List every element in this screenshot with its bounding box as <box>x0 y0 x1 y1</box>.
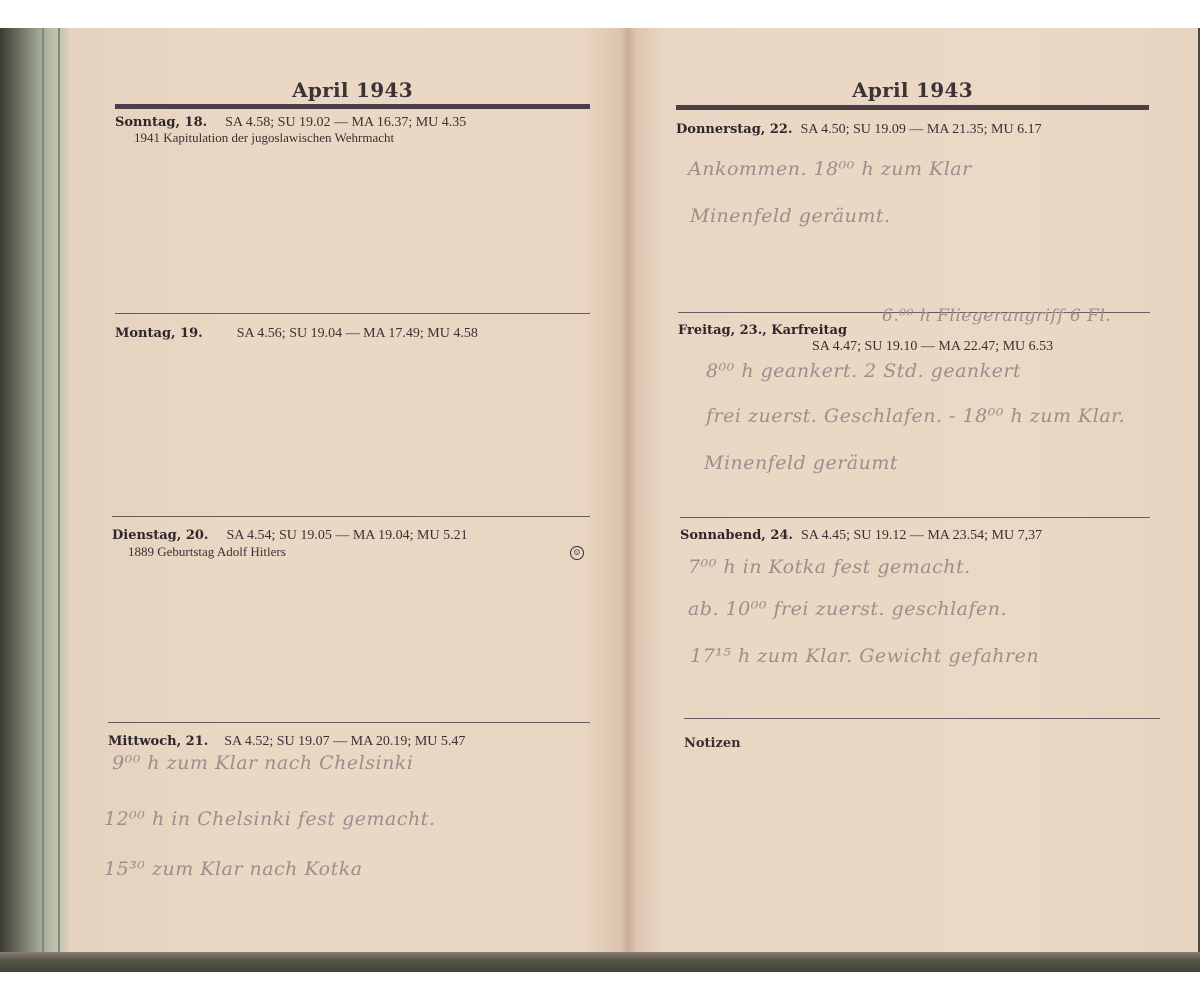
sun-moon-times: SA 4.47; SU 19.10 — MA 22.47; MU 6.53 <box>812 339 1053 354</box>
sun-moon-times: SA 4.58; SU 19.02 — MA 16.37; MU 4.35 <box>225 115 466 130</box>
day-entry-friday-23-times: SA 4.47; SU 19.10 — MA 22.47; MU 6.53 <box>812 338 1053 355</box>
day-label: Sonnabend, 24. <box>680 528 793 543</box>
historical-event: 1889 Geburtstag Adolf Hitlers <box>128 544 286 560</box>
handwritten-note: 6.⁰⁰ h Fliegerangriff 6 Fl. <box>882 306 1111 326</box>
day-entry-monday-19: Montag, 19. SA 4.56; SU 19.04 — MA 17.49… <box>115 325 478 342</box>
handwritten-note: 17¹⁵ h zum Klar. Gewicht gefahren <box>690 645 1039 667</box>
day-label: Sonntag, 18. <box>115 115 207 130</box>
day-divider <box>112 516 590 517</box>
day-label: Dienstag, 20. <box>112 528 208 543</box>
day-entry-thursday-22: Donnerstag, 22. SA 4.50; SU 19.09 — MA 2… <box>676 121 1042 138</box>
day-label: Freitag, 23., Karfreitag <box>678 323 847 338</box>
handwritten-note: Minenfeld geräumt <box>704 452 898 474</box>
book-bottom-edge <box>0 952 1200 972</box>
handwritten-note: Ankommen. 18⁰⁰ h zum Klar <box>688 158 972 180</box>
historical-event: 1941 Kapitulation der jugoslawischen Weh… <box>134 130 394 146</box>
handwritten-note: 7⁰⁰ h in Kotka fest gemacht. <box>688 556 971 578</box>
day-label: Mittwoch, 21. <box>108 734 208 749</box>
handwritten-note: 15³⁰ zum Klar nach Kotka <box>104 858 363 880</box>
day-divider <box>108 722 590 723</box>
month-title-left: April 1943 <box>115 78 590 102</box>
handwritten-note: 12⁰⁰ h in Chelsinki fest gemacht. <box>104 808 435 830</box>
handwritten-note: 8⁰⁰ h geankert. 2 Std. geankert <box>706 360 1021 382</box>
header-rule-right <box>676 105 1149 110</box>
day-divider <box>680 517 1150 518</box>
day-entry-tuesday-20: Dienstag, 20. SA 4.54; SU 19.05 — MA 19.… <box>112 527 468 544</box>
sun-moon-times: SA 4.52; SU 19.07 — MA 20.19; MU 5.47 <box>224 734 465 749</box>
day-entry-friday-23: Freitag, 23., Karfreitag <box>678 322 847 338</box>
book-gutter <box>620 28 636 952</box>
day-entry-saturday-24: Sonnabend, 24. SA 4.45; SU 19.12 — MA 23… <box>680 527 1042 544</box>
sun-moon-times: SA 4.50; SU 19.09 — MA 21.35; MU 6.17 <box>800 122 1041 137</box>
header-rule-left <box>115 104 590 109</box>
handwritten-note: ab. 10⁰⁰ frei zuerst. geschlafen. <box>688 598 1007 620</box>
day-label: Donnerstag, 22. <box>676 122 792 137</box>
sun-moon-times: SA 4.45; SU 19.12 — MA 23.54; MU 7,37 <box>801 528 1042 543</box>
day-entry-wednesday-21: Mittwoch, 21. SA 4.52; SU 19.07 — MA 20.… <box>108 733 465 750</box>
sun-moon-times: SA 4.54; SU 19.05 — MA 19.04; MU 5.21 <box>226 528 467 543</box>
handwritten-note: Minenfeld geräumt. <box>690 205 891 227</box>
day-entry-sunday-18: Sonntag, 18. SA 4.58; SU 19.02 — MA 16.3… <box>115 114 466 131</box>
handwritten-note: frei zuerst. Geschlafen. - 18⁰⁰ h zum Kl… <box>706 405 1125 427</box>
day-divider <box>115 313 590 314</box>
day-label: Montag, 19. <box>115 326 203 341</box>
handwritten-note: 9⁰⁰ h zum Klar nach Chelsinki <box>112 752 413 774</box>
sun-moon-times: SA 4.56; SU 19.04 — MA 17.49; MU 4.58 <box>237 326 478 341</box>
page-edge-line <box>58 28 60 953</box>
notes-divider <box>684 718 1160 719</box>
month-title-right: April 1943 <box>676 78 1149 102</box>
page-edge-line <box>42 28 44 953</box>
full-moon-icon: ☺ <box>570 546 584 560</box>
notes-label: Notizen <box>684 736 741 751</box>
